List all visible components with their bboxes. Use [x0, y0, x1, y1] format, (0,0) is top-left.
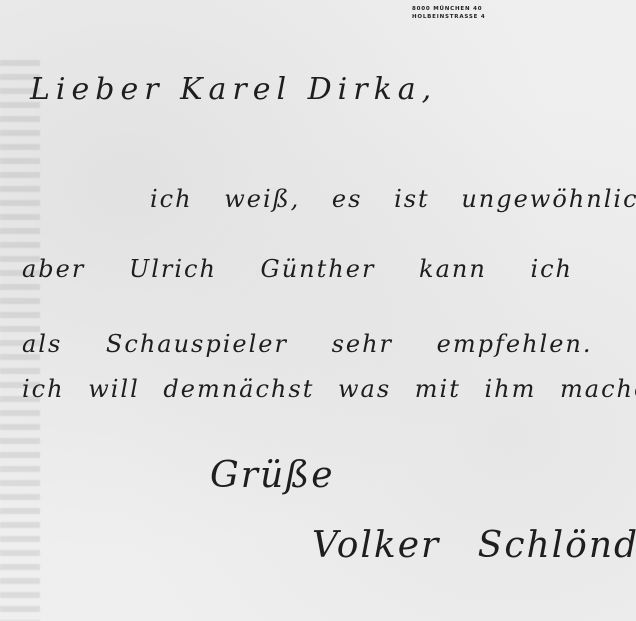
body-line-3: als Schauspieler sehr empfehlen.	[22, 330, 592, 358]
letterhead-line-1: 8000 MÜNCHEN 40	[412, 5, 486, 13]
body-line-1: ich weiß, es ist ungewöhnlich:	[150, 185, 636, 213]
salutation: Lieber Karel Dirka,	[30, 72, 437, 107]
letterhead-address: 8000 MÜNCHEN 40 HOLBEINSTRASSE 4	[412, 5, 486, 21]
closing: Grüße	[210, 455, 335, 496]
body-line-2: aber Ulrich Günther kann ich	[22, 255, 573, 283]
body-line-4: ich will demnächst was mit ihm machen.	[22, 375, 636, 403]
signature: Volker Schlöndorff	[312, 525, 636, 566]
scanned-letter: 8000 MÜNCHEN 40 HOLBEINSTRASSE 4 Lieber …	[0, 0, 636, 621]
letterhead-line-2: HOLBEINSTRASSE 4	[412, 13, 486, 21]
